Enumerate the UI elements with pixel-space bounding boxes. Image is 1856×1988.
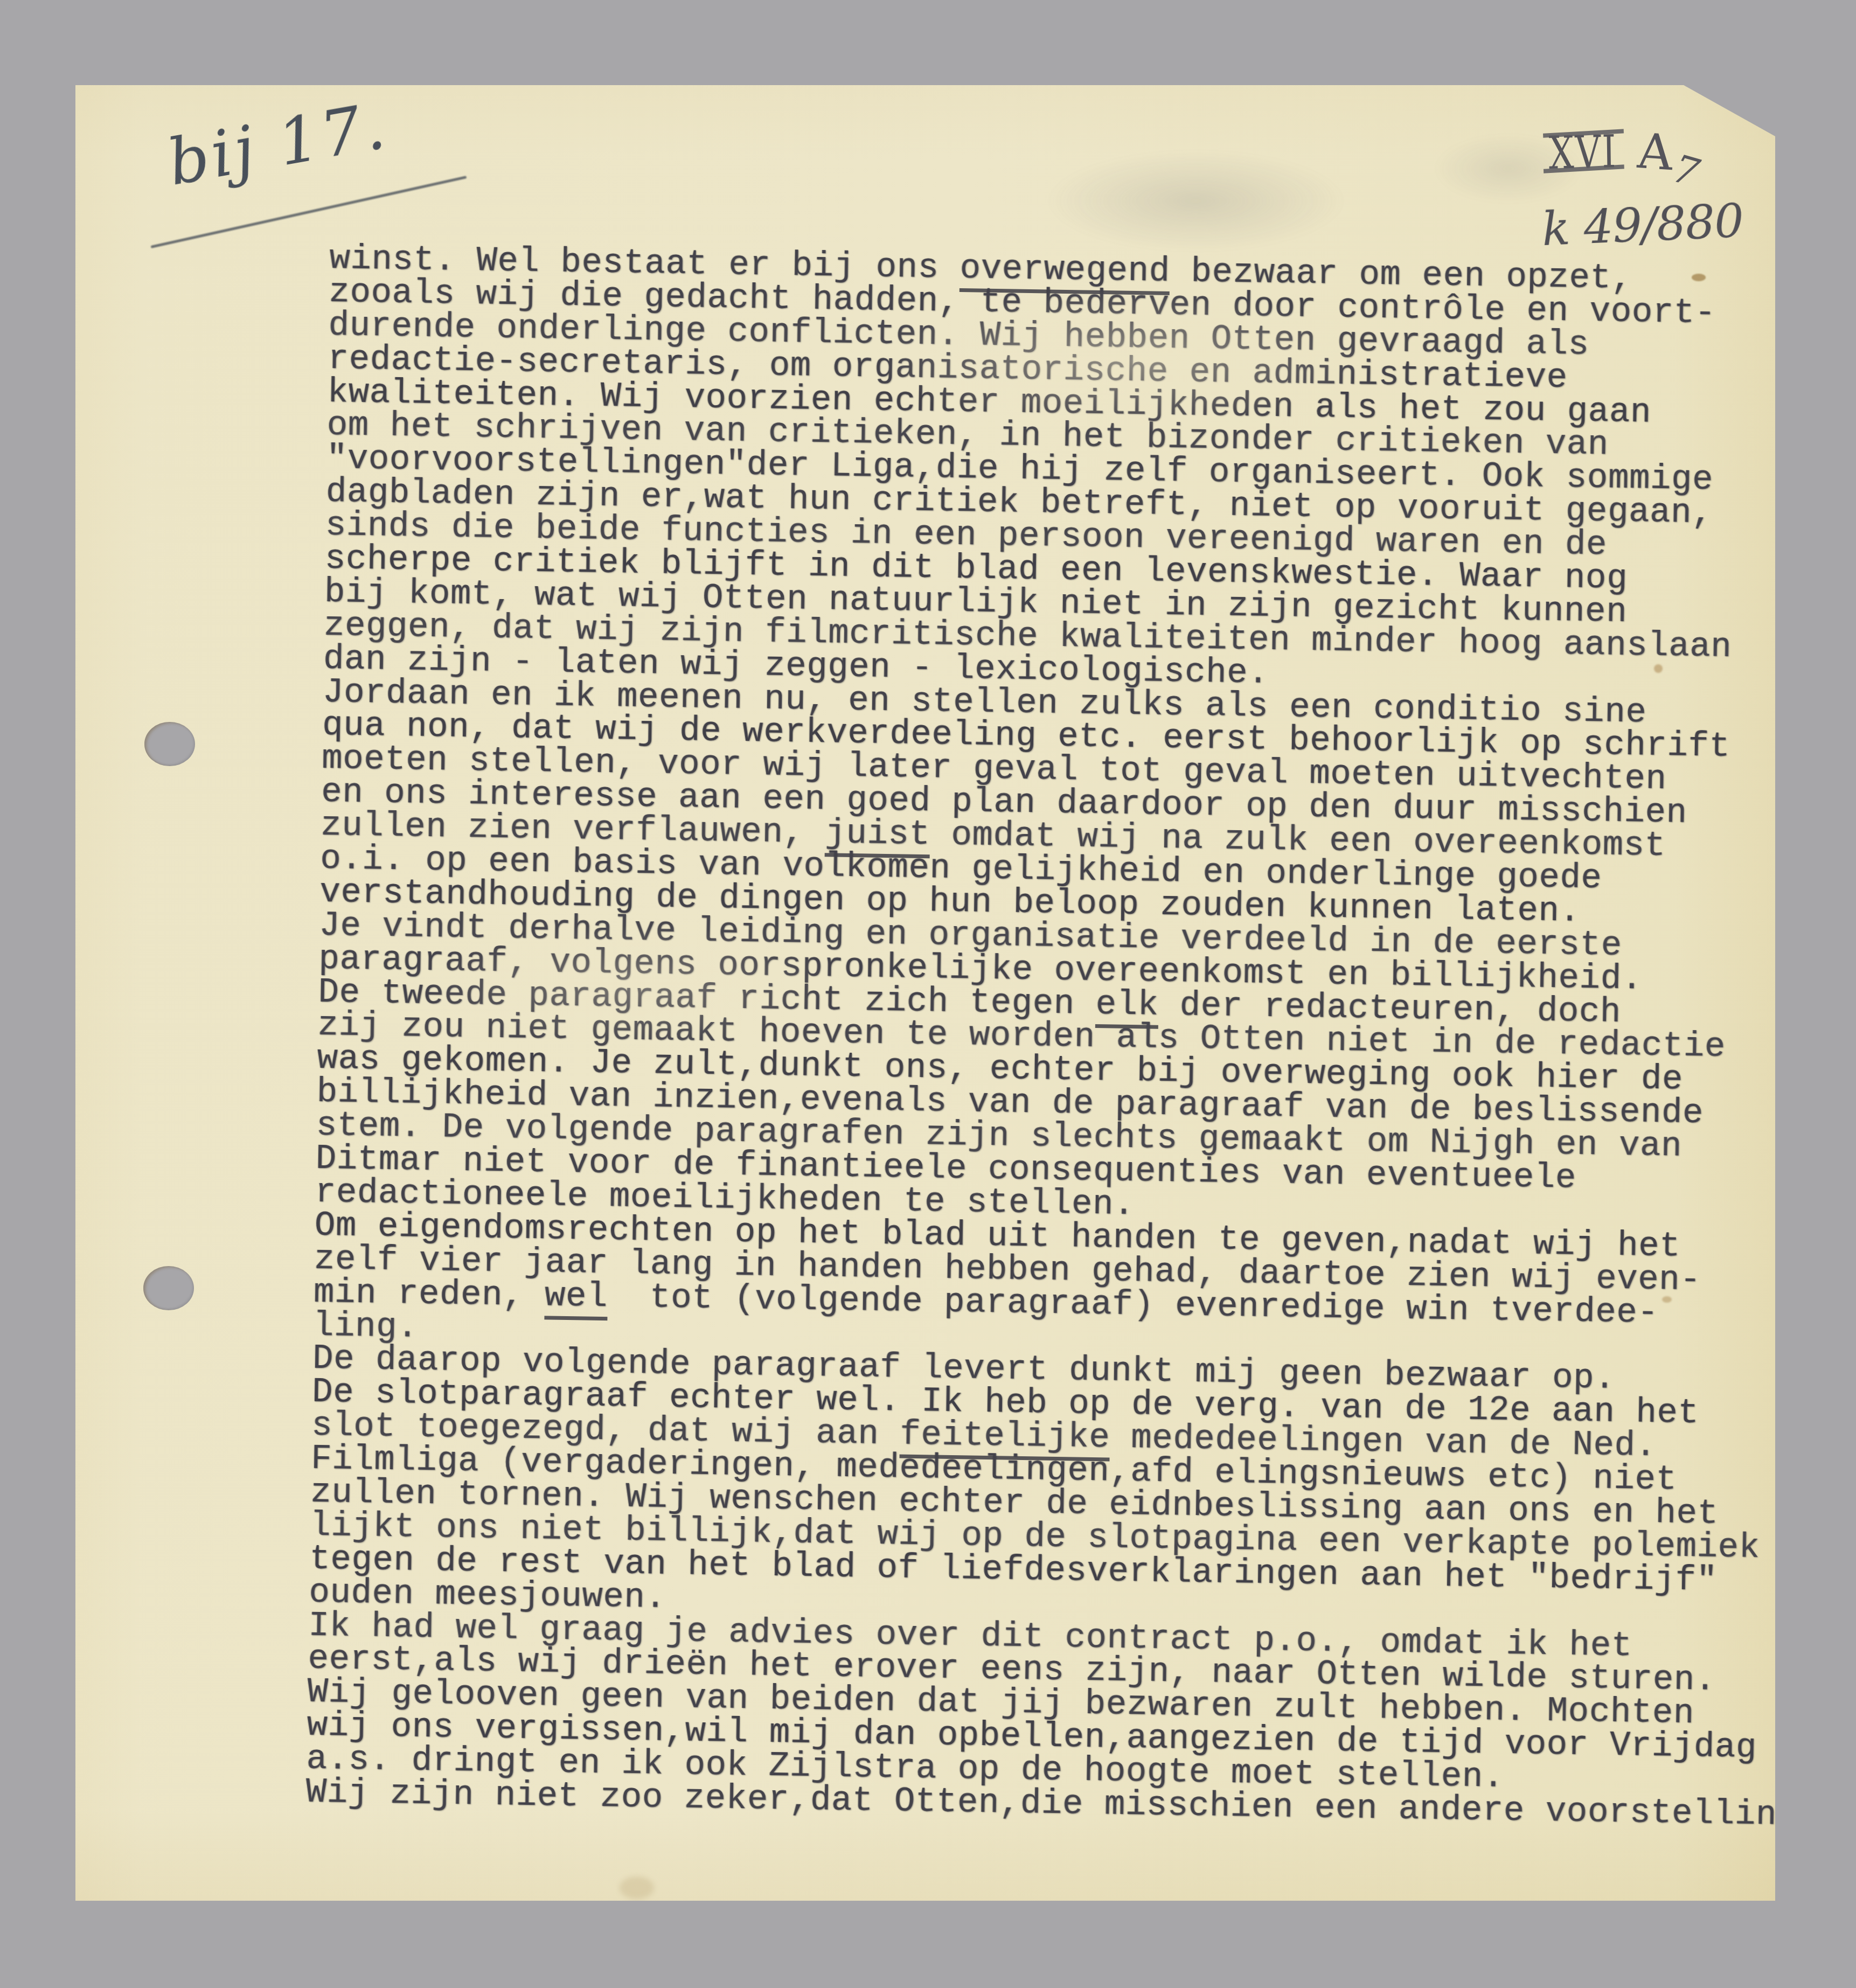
handwritten-classification: XVIA7 [1549, 124, 1702, 180]
punch-hole-top [144, 722, 195, 766]
handwritten-note: bij 17. [162, 88, 393, 199]
document-page: winst. Wel bestaat er bij ons overwegend… [75, 85, 1775, 1901]
classification-flourish: 7 [1668, 145, 1704, 196]
scan-background: { "document": { "kind": "scanned typewri… [0, 0, 1856, 1988]
underlined-word: wel [544, 1277, 608, 1320]
smudge-mark [1045, 150, 1347, 252]
scan-background: winst. Wel bestaat er bij ons overwegend… [0, 0, 1856, 1988]
crossed-out-numeral: XVI [1548, 125, 1617, 179]
typed-text: winst. Wel bestaat er bij ons overwegend… [305, 243, 1822, 1833]
handwritten-reference-number: k 49/880 [1541, 194, 1744, 256]
classification-letter: A [1636, 123, 1674, 182]
punch-hole-bottom [143, 1266, 194, 1310]
paper-stain [620, 1876, 654, 1899]
